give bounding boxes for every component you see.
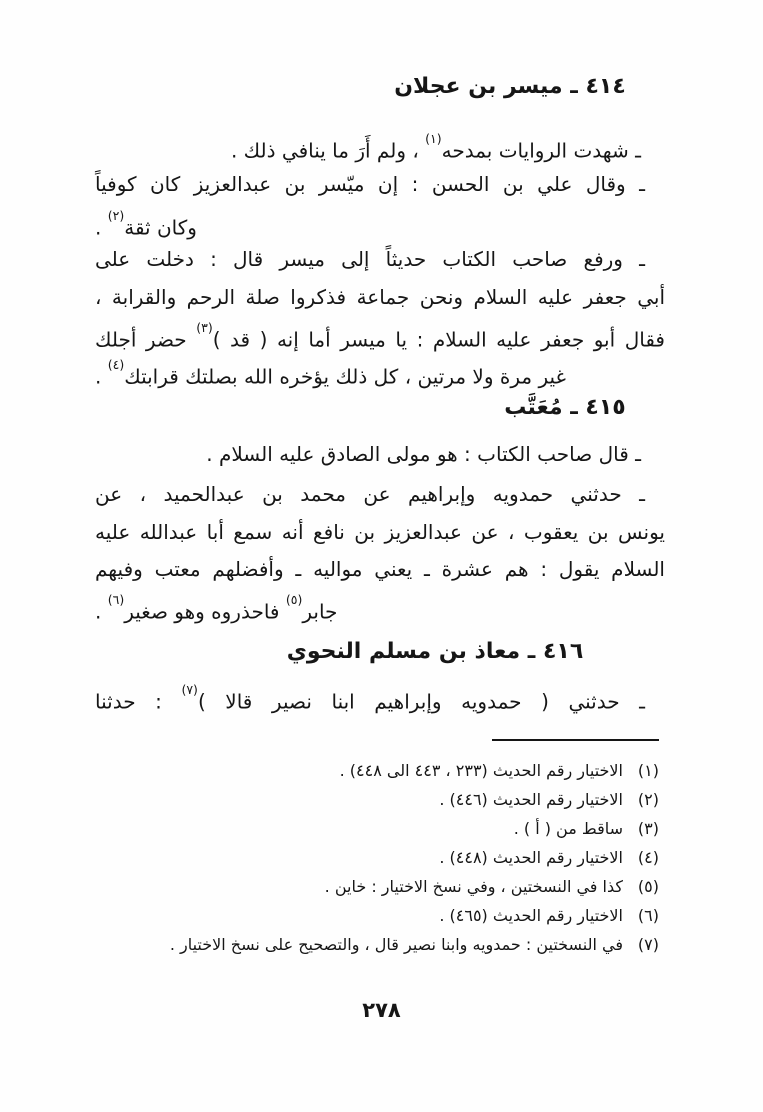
footnote-text: الاختيار رقم الحديث (٤٦٥) . xyxy=(97,901,623,930)
footnote-marker: (٢) xyxy=(108,208,125,223)
text-line: جابر(٥) فاحذروه وهو صغير(٦) . xyxy=(95,588,665,625)
text-line: ـ ورفع صاحب الكتاب حديثاً إلى ميسر قال :… xyxy=(95,241,665,278)
section-heading-h416: ٤١٦ ـ معاذ بن مسلم النحوي xyxy=(150,637,720,667)
footnote-number: (٦) xyxy=(623,901,659,930)
footnote: (٦)الاختيار رقم الحديث (٤٦٥) . xyxy=(97,901,659,930)
footnote-marker: (١) xyxy=(425,131,442,146)
paragraph: ـ شهدت الروايات بمدحه(١) ، ولم أَرَ ما ي… xyxy=(95,127,665,164)
footnote-text: الاختيار رقم الحديث (٢٣٣ ، ٤٤٣ الى ٤٤٨) … xyxy=(97,756,623,785)
paragraph: ـ ورفع صاحب الكتاب حديثاً إلى ميسر قال :… xyxy=(95,241,665,391)
footnote-marker: (٧) xyxy=(181,682,198,697)
text-line: وكان ثقة(٢) . xyxy=(95,204,665,241)
paragraph: ـ وقال علي بن الحسن : إن ميّسر بن عبدالع… xyxy=(95,166,665,241)
page-number: ٢٧٨ xyxy=(0,997,763,1023)
footnote-number: (٧) xyxy=(623,930,659,959)
text-line: السلام يقول : هم عشرة ـ يعني مواليه ـ وأ… xyxy=(95,551,665,588)
footnote-text: ساقط من ( أ ) . xyxy=(97,814,623,843)
text-line: فقال أبو جعفر عليه السلام : يا ميسر أما … xyxy=(95,316,665,353)
footnote-marker: (٣) xyxy=(196,320,213,335)
footnote: (٥)كذا في النسختين ، وفي نسخ الاختيار : … xyxy=(97,872,659,901)
book-page: ٤١٤ ـ ميسر بن عجلانـ شهدت الروايات بمدحه… xyxy=(0,0,763,1112)
section-heading-h415: ٤١٥ ـ مُعَتَّب xyxy=(280,393,763,423)
footnote-number: (٢) xyxy=(623,785,659,814)
footnote: (٤)الاختيار رقم الحديث (٤٤٨) . xyxy=(97,843,659,872)
text-line: ـ قال صاحب الكتاب : هو مولى الصادق عليه … xyxy=(95,436,665,473)
text-line: أبي جعفر عليه السلام ونحن جماعة فذكروا ص… xyxy=(95,279,665,316)
footnote-number: (٣) xyxy=(623,814,659,843)
paragraph: ـ قال صاحب الكتاب : هو مولى الصادق عليه … xyxy=(95,436,665,473)
footnote-number: (٤) xyxy=(623,843,659,872)
paragraph: ـ حدثني حمدويه وإبراهيم عن محمد بن عبدال… xyxy=(95,476,665,626)
text-line: ـ شهدت الروايات بمدحه(١) ، ولم أَرَ ما ي… xyxy=(95,127,665,164)
footnote-marker: (٥) xyxy=(286,592,303,607)
footnote-number: (١) xyxy=(623,756,659,785)
section-heading-h414: ٤١٤ ـ ميسر بن عجلان xyxy=(225,72,763,102)
footnote-number: (٥) xyxy=(623,872,659,901)
page-body-text: ٤١٤ ـ ميسر بن عجلانـ شهدت الروايات بمدحه… xyxy=(95,72,665,715)
footnote-text: الاختيار رقم الحديث (٤٤٨) . xyxy=(97,843,623,872)
footnote-separator xyxy=(492,739,659,741)
text-line: ـ حدثني حمدويه وإبراهيم عن محمد بن عبدال… xyxy=(95,476,665,513)
page-content: ٤١٤ ـ ميسر بن عجلانـ شهدت الروايات بمدحه… xyxy=(95,0,665,959)
footnote-marker: (٦) xyxy=(108,592,125,607)
footnote: (٢)الاختيار رقم الحديث (٤٤٦) . xyxy=(97,785,659,814)
footnotes-block: (١)الاختيار رقم الحديث (٢٣٣ ، ٤٤٣ الى ٤٤… xyxy=(97,756,659,959)
footnote-text: كذا في النسختين ، وفي نسخ الاختيار : خاي… xyxy=(97,872,623,901)
paragraph: ـ حدثني ( حمدويه وإبراهيم ابنا نصير قالا… xyxy=(95,678,665,715)
footnote: (٣)ساقط من ( أ ) . xyxy=(97,814,659,843)
text-line: ـ وقال علي بن الحسن : إن ميّسر بن عبدالع… xyxy=(95,166,665,203)
footnote: (١)الاختيار رقم الحديث (٢٣٣ ، ٤٤٣ الى ٤٤… xyxy=(97,756,659,785)
text-line: غير مرة ولا مرتين ، كل ذلك يؤخره الله بص… xyxy=(95,353,665,390)
footnote-marker: (٤) xyxy=(108,357,125,372)
text-line: ـ حدثني ( حمدويه وإبراهيم ابنا نصير قالا… xyxy=(95,678,665,715)
footnote-text: الاختيار رقم الحديث (٤٤٦) . xyxy=(97,785,623,814)
footnote-text: في النسختين : حمدويه وابنا نصير قال ، وا… xyxy=(97,930,623,959)
footnote: (٧)في النسختين : حمدويه وابنا نصير قال ،… xyxy=(97,930,659,959)
text-line: يونس بن يعقوب ، عن عبدالعزيز بن نافع أنه… xyxy=(95,514,665,551)
